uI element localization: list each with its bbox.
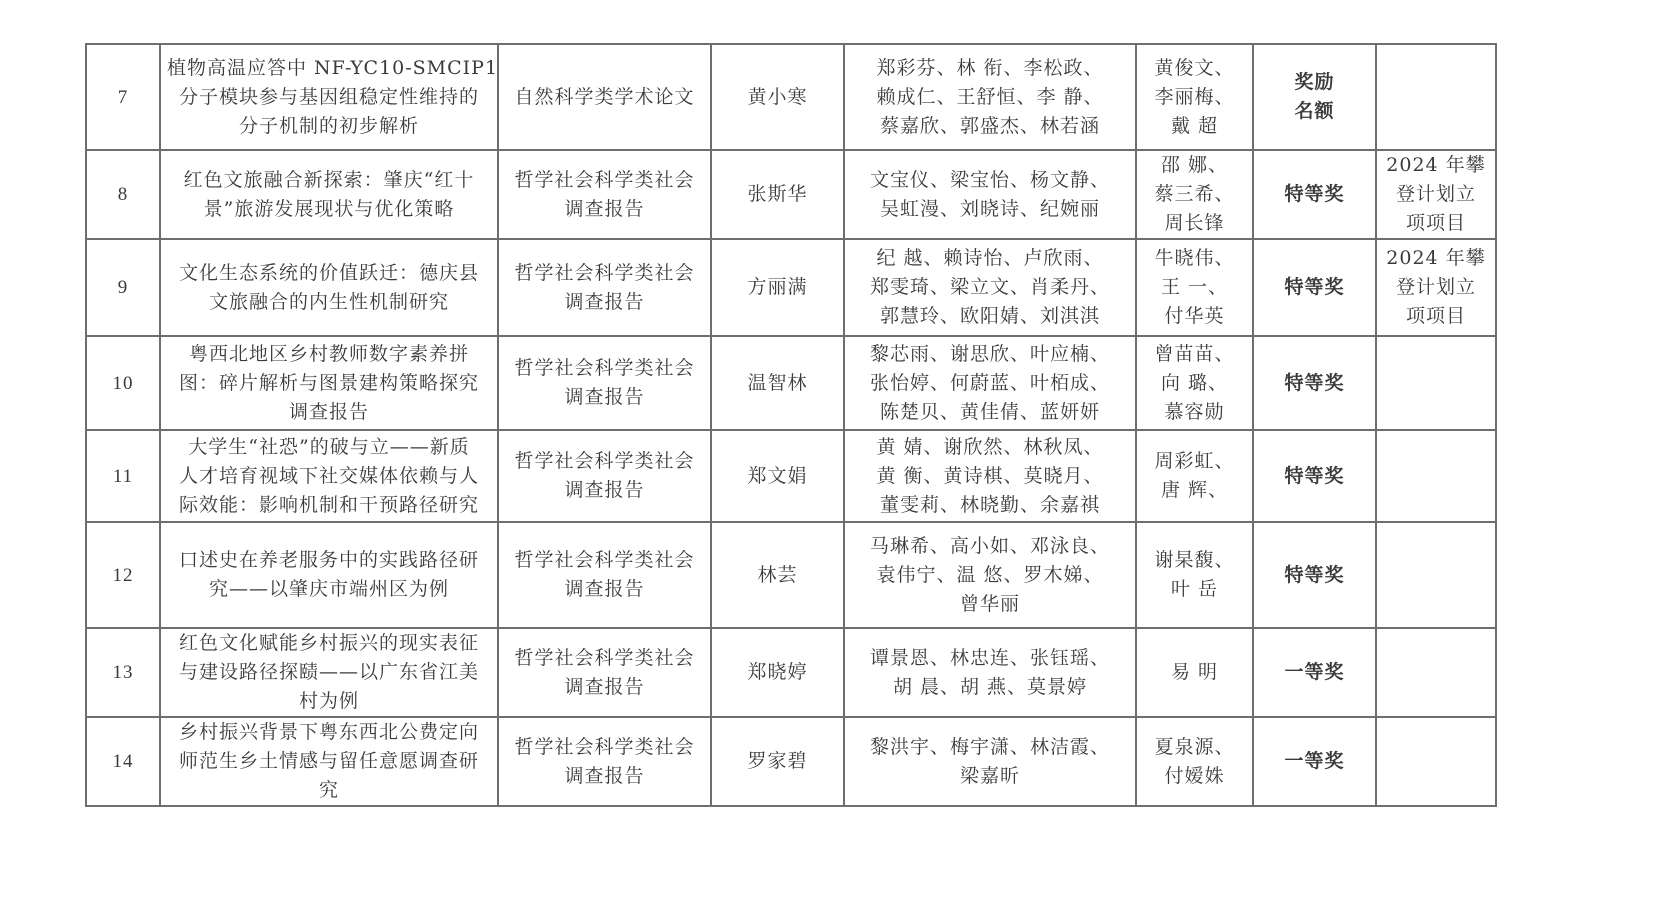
leader-cell: 郑文娟 (711, 430, 844, 522)
title-cell: 红色文化赋能乡村振兴的现实表征与建设路径探赜——以广东省江美村为例 (160, 628, 498, 717)
award-cell: 奖励名额 (1253, 44, 1376, 150)
note-line: 2024 年攀 (1383, 151, 1489, 180)
title-cell: 红色文旅融合新探索：肇庆“红十景”旅游发展现状与优化策略 (160, 150, 498, 239)
category-line: 哲学社会科学类社会 (505, 644, 704, 673)
note-cell: 2024 年攀登计划立项项目 (1376, 150, 1496, 239)
note-cell (1376, 44, 1496, 150)
note-cell: 2024 年攀登计划立项项目 (1376, 239, 1496, 336)
members-line: 袁伟宁、温 悠、罗木娣、 (851, 561, 1129, 590)
award-cell: 特等奖 (1253, 430, 1376, 522)
table-row: 11大学生“社恐”的破与立——新质人才培育视域下社交媒体依赖与人际效能：影响机制… (86, 430, 1496, 522)
title-line: 粤西北地区乡村教师数字素养拼 (167, 340, 491, 369)
members-line: 文宝仪、梁宝怡、杨文静、 (851, 166, 1129, 195)
category-line: 哲学社会科学类社会 (505, 166, 704, 195)
advisors-line: 叶 岳 (1143, 575, 1246, 604)
document-page: 7植物高温应答中 NF-YC10-SMCIP1分子模块参与基因组稳定性维持的分子… (0, 0, 1568, 900)
advisors-line: 夏泉源、 (1143, 733, 1246, 762)
leader-cell: 温智林 (711, 336, 844, 430)
members-line: 吴虹漫、刘晓诗、纪婉丽 (851, 195, 1129, 224)
advisors-line: 周长锋 (1143, 209, 1246, 238)
row-number-cell: 14 (86, 717, 160, 806)
category-cell: 哲学社会科学类社会调查报告 (498, 336, 711, 430)
members-line: 马琳希、高小如、邓泳良、 (851, 532, 1129, 561)
members-line: 郭慧玲、欧阳婧、刘淇淇 (851, 302, 1129, 331)
members-line: 张怡婷、何蔚蓝、叶栢成、 (851, 369, 1129, 398)
title-line: 究 (167, 776, 491, 805)
advisors-cell: 曾苗苗、向 璐、慕容勋 (1136, 336, 1253, 430)
title-cell: 植物高温应答中 NF-YC10-SMCIP1分子模块参与基因组稳定性维持的分子机… (160, 44, 498, 150)
members-line: 蔡嘉欣、郭盛杰、林若涵 (851, 112, 1129, 141)
advisors-line: 付华英 (1143, 302, 1246, 331)
title-cell: 口述史在养老服务中的实践路径研究——以肇庆市端州区为例 (160, 522, 498, 628)
advisors-cell: 牛晓伟、王 一、付华英 (1136, 239, 1253, 336)
row-number-cell: 8 (86, 150, 160, 239)
members-line: 陈楚贝、黄佳倩、蓝妍妍 (851, 398, 1129, 427)
members-line: 董雯莉、林晓勤、余嘉祺 (851, 491, 1129, 520)
note-line: 登计划立 (1383, 273, 1489, 302)
members-cell: 谭景恩、林忠连、张钰瑶、胡 晨、胡 燕、莫景婷 (844, 628, 1136, 717)
members-line: 曾华丽 (851, 590, 1129, 619)
title-line: 红色文旅融合新探索：肇庆“红十 (167, 166, 491, 195)
note-line: 登计划立 (1383, 180, 1489, 209)
title-line: 调查报告 (167, 398, 491, 427)
members-line: 谭景恩、林忠连、张钰瑶、 (851, 644, 1129, 673)
members-line: 黄 婧、谢欣然、林秋凤、 (851, 433, 1129, 462)
note-cell (1376, 430, 1496, 522)
title-line: 与建设路径探赜——以广东省江美 (167, 658, 491, 687)
advisors-line: 王 一、 (1143, 273, 1246, 302)
title-line: 红色文化赋能乡村振兴的现实表征 (167, 629, 491, 658)
title-cell: 乡村振兴背景下粤东西北公费定向师范生乡土情感与留任意愿调查研究 (160, 717, 498, 806)
title-line: 师范生乡土情感与留任意愿调查研 (167, 747, 491, 776)
title-line: 际效能：影响机制和干预路径研究 (167, 491, 491, 520)
members-line: 黎芯雨、谢思欣、叶应楠、 (851, 340, 1129, 369)
note-cell (1376, 717, 1496, 806)
title-line: 大学生“社恐”的破与立——新质 (167, 433, 491, 462)
table-row: 9文化生态系统的价值跃迁：德庆县文旅融合的内生性机制研究哲学社会科学类社会调查报… (86, 239, 1496, 336)
members-cell: 黎洪宇、梅宇潇、林洁霞、梁嘉昕 (844, 717, 1136, 806)
category-line: 调查报告 (505, 476, 704, 505)
row-number-cell: 12 (86, 522, 160, 628)
note-cell (1376, 628, 1496, 717)
advisors-cell: 周彩虹、唐 辉、 (1136, 430, 1253, 522)
award-line: 一等奖 (1260, 658, 1369, 687)
table-row: 10粤西北地区乡村教师数字素养拼图：碎片解析与图景建构策略探究调查报告哲学社会科… (86, 336, 1496, 430)
advisors-line: 周彩虹、 (1143, 447, 1246, 476)
title-line: 文旅融合的内生性机制研究 (167, 288, 491, 317)
row-number-cell: 11 (86, 430, 160, 522)
category-cell: 哲学社会科学类社会调查报告 (498, 150, 711, 239)
note-line: 项项目 (1383, 302, 1489, 331)
award-line: 奖励 (1260, 68, 1369, 97)
advisors-line: 蔡三希、 (1143, 180, 1246, 209)
advisors-line: 牛晓伟、 (1143, 244, 1246, 273)
award-table: 7植物高温应答中 NF-YC10-SMCIP1分子模块参与基因组稳定性维持的分子… (85, 43, 1497, 807)
title-cell: 大学生“社恐”的破与立——新质人才培育视域下社交媒体依赖与人际效能：影响机制和干… (160, 430, 498, 522)
award-line: 特等奖 (1260, 180, 1369, 209)
table-row: 14乡村振兴背景下粤东西北公费定向师范生乡土情感与留任意愿调查研究哲学社会科学类… (86, 717, 1496, 806)
category-line: 哲学社会科学类社会 (505, 733, 704, 762)
title-cell: 文化生态系统的价值跃迁：德庆县文旅融合的内生性机制研究 (160, 239, 498, 336)
award-line: 一等奖 (1260, 747, 1369, 776)
advisors-line: 李丽梅、 (1143, 83, 1246, 112)
table-row: 7植物高温应答中 NF-YC10-SMCIP1分子模块参与基因组稳定性维持的分子… (86, 44, 1496, 150)
leader-cell: 张斯华 (711, 150, 844, 239)
leader-cell: 罗家碧 (711, 717, 844, 806)
category-line: 调查报告 (505, 575, 704, 604)
category-line: 调查报告 (505, 195, 704, 224)
award-line: 特等奖 (1260, 561, 1369, 590)
category-cell: 哲学社会科学类社会调查报告 (498, 717, 711, 806)
category-line: 哲学社会科学类社会 (505, 354, 704, 383)
advisors-line: 黄俊文、 (1143, 54, 1246, 83)
leader-cell: 林芸 (711, 522, 844, 628)
title-line: 植物高温应答中 NF-YC10-SMCIP1 (167, 54, 491, 83)
category-line: 哲学社会科学类社会 (505, 546, 704, 575)
title-line: 分子模块参与基因组稳定性维持的 (167, 83, 491, 112)
members-line: 纪 越、赖诗怡、卢欣雨、 (851, 244, 1129, 273)
members-cell: 黎芯雨、谢思欣、叶应楠、张怡婷、何蔚蓝、叶栢成、陈楚贝、黄佳倩、蓝妍妍 (844, 336, 1136, 430)
advisors-line: 谢杲馥、 (1143, 546, 1246, 575)
advisors-cell: 邵 娜、蔡三希、周长锋 (1136, 150, 1253, 239)
members-cell: 郑彩芬、林 衔、李松政、赖成仁、王舒恒、李 静、蔡嘉欣、郭盛杰、林若涵 (844, 44, 1136, 150)
members-line: 郑彩芬、林 衔、李松政、 (851, 54, 1129, 83)
table-row: 13红色文化赋能乡村振兴的现实表征与建设路径探赜——以广东省江美村为例哲学社会科… (86, 628, 1496, 717)
category-cell: 哲学社会科学类社会调查报告 (498, 628, 711, 717)
title-line: 乡村振兴背景下粤东西北公费定向 (167, 718, 491, 747)
members-line: 郑雯琦、梁立文、肖柔丹、 (851, 273, 1129, 302)
leader-cell: 方丽满 (711, 239, 844, 336)
category-line: 调查报告 (505, 762, 704, 791)
title-line: 究——以肇庆市端州区为例 (167, 575, 491, 604)
note-line: 项项目 (1383, 209, 1489, 238)
row-number-cell: 9 (86, 239, 160, 336)
advisors-line: 易 明 (1143, 658, 1246, 687)
award-cell: 特等奖 (1253, 150, 1376, 239)
award-cell: 特等奖 (1253, 239, 1376, 336)
category-line: 自然科学类学术论文 (505, 83, 704, 112)
advisors-cell: 夏泉源、付嫒姝 (1136, 717, 1253, 806)
title-line: 口述史在养老服务中的实践路径研 (167, 546, 491, 575)
category-line: 哲学社会科学类社会 (505, 447, 704, 476)
advisors-line: 邵 娜、 (1143, 151, 1246, 180)
category-line: 调查报告 (505, 383, 704, 412)
award-line: 特等奖 (1260, 462, 1369, 491)
advisors-cell: 易 明 (1136, 628, 1253, 717)
category-cell: 哲学社会科学类社会调查报告 (498, 430, 711, 522)
members-line: 黎洪宇、梅宇潇、林洁霞、 (851, 733, 1129, 762)
advisors-line: 向 璐、 (1143, 369, 1246, 398)
members-line: 胡 晨、胡 燕、莫景婷 (851, 673, 1129, 702)
row-number-cell: 13 (86, 628, 160, 717)
advisors-line: 戴 超 (1143, 112, 1246, 141)
row-number-cell: 7 (86, 44, 160, 150)
members-line: 赖成仁、王舒恒、李 静、 (851, 83, 1129, 112)
note-line: 2024 年攀 (1383, 244, 1489, 273)
members-cell: 纪 越、赖诗怡、卢欣雨、郑雯琦、梁立文、肖柔丹、郭慧玲、欧阳婧、刘淇淇 (844, 239, 1136, 336)
award-line: 名额 (1260, 97, 1369, 126)
award-line: 特等奖 (1260, 273, 1369, 302)
table-body: 7植物高温应答中 NF-YC10-SMCIP1分子模块参与基因组稳定性维持的分子… (86, 44, 1496, 806)
title-line: 人才培育视域下社交媒体依赖与人 (167, 462, 491, 491)
table-row: 12口述史在养老服务中的实践路径研究——以肇庆市端州区为例哲学社会科学类社会调查… (86, 522, 1496, 628)
category-line: 调查报告 (505, 288, 704, 317)
members-cell: 文宝仪、梁宝怡、杨文静、吴虹漫、刘晓诗、纪婉丽 (844, 150, 1136, 239)
category-cell: 哲学社会科学类社会调查报告 (498, 522, 711, 628)
category-cell: 哲学社会科学类社会调查报告 (498, 239, 711, 336)
title-cell: 粤西北地区乡村教师数字素养拼图：碎片解析与图景建构策略探究调查报告 (160, 336, 498, 430)
award-line: 特等奖 (1260, 369, 1369, 398)
members-line: 梁嘉昕 (851, 762, 1129, 791)
members-line: 黄 衡、黄诗棋、莫晓月、 (851, 462, 1129, 491)
category-cell: 自然科学类学术论文 (498, 44, 711, 150)
award-cell: 特等奖 (1253, 522, 1376, 628)
advisors-line: 曾苗苗、 (1143, 340, 1246, 369)
note-cell (1376, 522, 1496, 628)
table-row: 8红色文旅融合新探索：肇庆“红十景”旅游发展现状与优化策略哲学社会科学类社会调查… (86, 150, 1496, 239)
advisors-line: 唐 辉、 (1143, 476, 1246, 505)
title-line: 文化生态系统的价值跃迁：德庆县 (167, 259, 491, 288)
title-line: 分子机制的初步解析 (167, 112, 491, 141)
award-cell: 一等奖 (1253, 717, 1376, 806)
note-cell (1376, 336, 1496, 430)
leader-cell: 郑晓婷 (711, 628, 844, 717)
award-cell: 特等奖 (1253, 336, 1376, 430)
title-line: 景”旅游发展现状与优化策略 (167, 195, 491, 224)
advisors-line: 付嫒姝 (1143, 762, 1246, 791)
category-line: 哲学社会科学类社会 (505, 259, 704, 288)
title-line: 图：碎片解析与图景建构策略探究 (167, 369, 491, 398)
advisors-line: 慕容勋 (1143, 398, 1246, 427)
members-cell: 马琳希、高小如、邓泳良、袁伟宁、温 悠、罗木娣、曾华丽 (844, 522, 1136, 628)
leader-cell: 黄小寒 (711, 44, 844, 150)
category-line: 调查报告 (505, 673, 704, 702)
members-cell: 黄 婧、谢欣然、林秋凤、黄 衡、黄诗棋、莫晓月、董雯莉、林晓勤、余嘉祺 (844, 430, 1136, 522)
advisors-cell: 黄俊文、李丽梅、戴 超 (1136, 44, 1253, 150)
award-cell: 一等奖 (1253, 628, 1376, 717)
row-number-cell: 10 (86, 336, 160, 430)
advisors-cell: 谢杲馥、叶 岳 (1136, 522, 1253, 628)
title-line: 村为例 (167, 687, 491, 716)
